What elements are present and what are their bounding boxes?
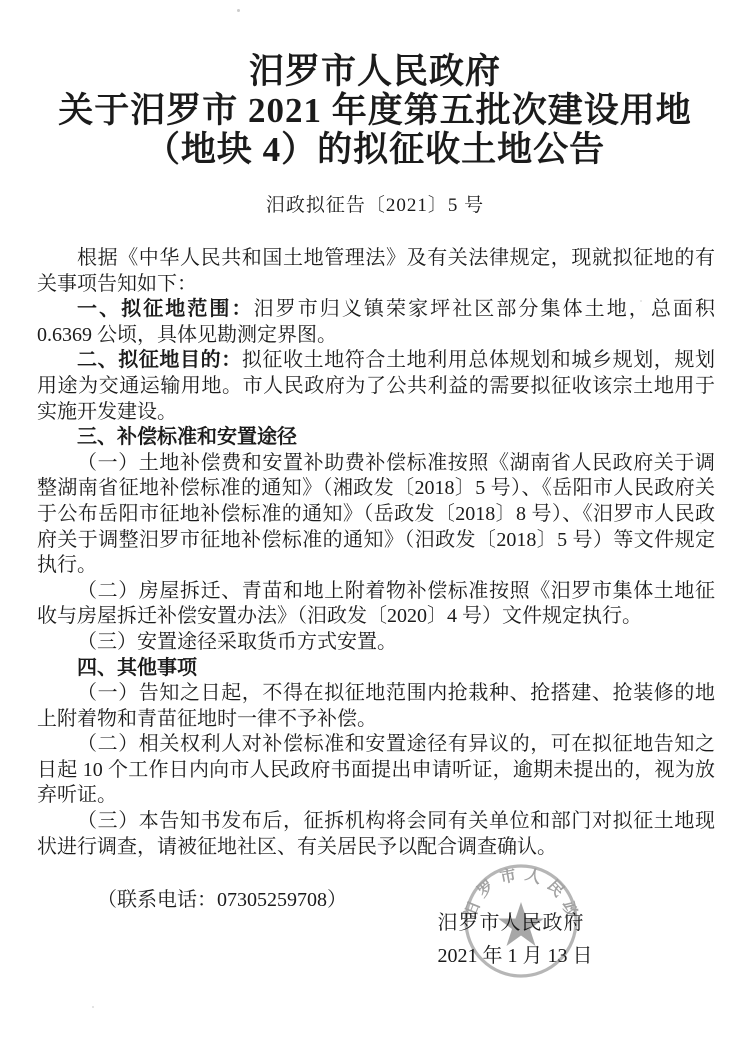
title-line-2: 关于汨罗市 2021 年度第五批次建设用地: [20, 91, 730, 130]
document-body: 根据《中华人民共和国土地管理法》及有关法律规定，现就拟征地的有关事项告知如下： …: [37, 246, 715, 914]
paragraph-compensation-2: （二）房屋拆迁、青苗和地上附着物补偿标准按照《汨罗市集体土地征收与房屋拆迁补偿安…: [37, 579, 715, 630]
paragraph-intro: 根据《中华人民共和国土地管理法》及有关法律规定，现就拟征地的有关事项告知如下：: [37, 246, 715, 297]
scan-speck: [92, 1006, 94, 1008]
paragraph-text: 根据《中华人民共和国土地管理法》及有关法律规定，现就拟征地的有关事项告知如下：: [37, 247, 715, 295]
paragraph-text: （一）告知之日起，不得在拟征地范围内抢栽种、抢搭建、抢装修的地上附着物和青苗征地…: [37, 682, 715, 730]
paragraph-lead: 三、补偿标准和安置途径: [77, 426, 297, 448]
title-line-1: 汨罗市人民政府: [20, 52, 730, 91]
paragraph-lead: 二、拟征地目的：: [77, 349, 242, 371]
heading-other-matters: 四、其他事项: [37, 656, 715, 682]
paragraph-compensation-1: （一）土地补偿费和安置补助费补偿标准按照《湖南省人民政府关于调整湖南省征地补偿标…: [37, 451, 715, 579]
heading-compensation: 三、补偿标准和安置途径: [37, 425, 715, 451]
paragraph-other-1: （一）告知之日起，不得在拟征地范围内抢栽种、抢搭建、抢装修的地上附着物和青苗征地…: [37, 681, 715, 732]
doc-number: 汨政拟征告〔2021〕5 号: [0, 190, 750, 217]
paragraph-lead: 一、拟征地范围：: [77, 298, 254, 320]
paragraph-text: （三）本告知书发布后，征拆机构将会同有关单位和部门对拟征土地现状进行调查，请被征…: [37, 810, 715, 858]
signature-issuer: 汨罗市人民政府: [436, 906, 586, 935]
title-line-3: （地块 4）的拟征收土地公告: [20, 130, 730, 169]
paragraph-text: （三）安置途径采取货币方式安置。: [77, 631, 397, 653]
paragraph-text: （二）房屋拆迁、青苗和地上附着物补偿标准按照《汨罗市集体土地征收与房屋拆迁补偿安…: [37, 580, 715, 628]
page-title: 汨罗市人民政府 关于汨罗市 2021 年度第五批次建设用地 （地块 4）的拟征收…: [20, 52, 730, 169]
paragraph-text: （二）相关权利人对补偿标准和安置途径有异议的，可在拟征地告知之日起 10 个工作…: [37, 733, 715, 806]
paragraph-purpose: 二、拟征地目的：拟征收土地符合土地利用总体规划和城乡规划，规划用途为交通运输用地…: [37, 348, 715, 425]
paragraph-other-2: （二）相关权利人对补偿标准和安置途径有异议的，可在拟征地告知之日起 10 个工作…: [37, 732, 715, 809]
document-page: 汨罗市人民政府 关于汨罗市 2021 年度第五批次建设用地 （地块 4）的拟征收…: [0, 0, 750, 1064]
contact-phone-line: （联系电话：07305259708）: [37, 888, 715, 914]
scan-speck: [700, 522, 702, 524]
scan-speck: [237, 9, 240, 12]
scan-speck: [640, 300, 642, 302]
paragraph-scope: 一、拟征地范围：汨罗市归义镇荣家坪社区部分集体土地，总面积 0.6369 公顷，…: [37, 297, 715, 348]
paragraph-compensation-3: （三）安置途径采取货币方式安置。: [37, 630, 715, 656]
paragraph-lead: 四、其他事项: [77, 657, 197, 679]
paragraph-text: （一）土地补偿费和安置补助费补偿标准按照《湖南省人民政府关于调整湖南省征地补偿标…: [37, 452, 715, 576]
signature-date: 2021 年 1 月 13 日: [430, 939, 600, 968]
paragraph-other-3: （三）本告知书发布后，征拆机构将会同有关单位和部门对拟征土地现状进行调查，请被征…: [37, 809, 715, 860]
